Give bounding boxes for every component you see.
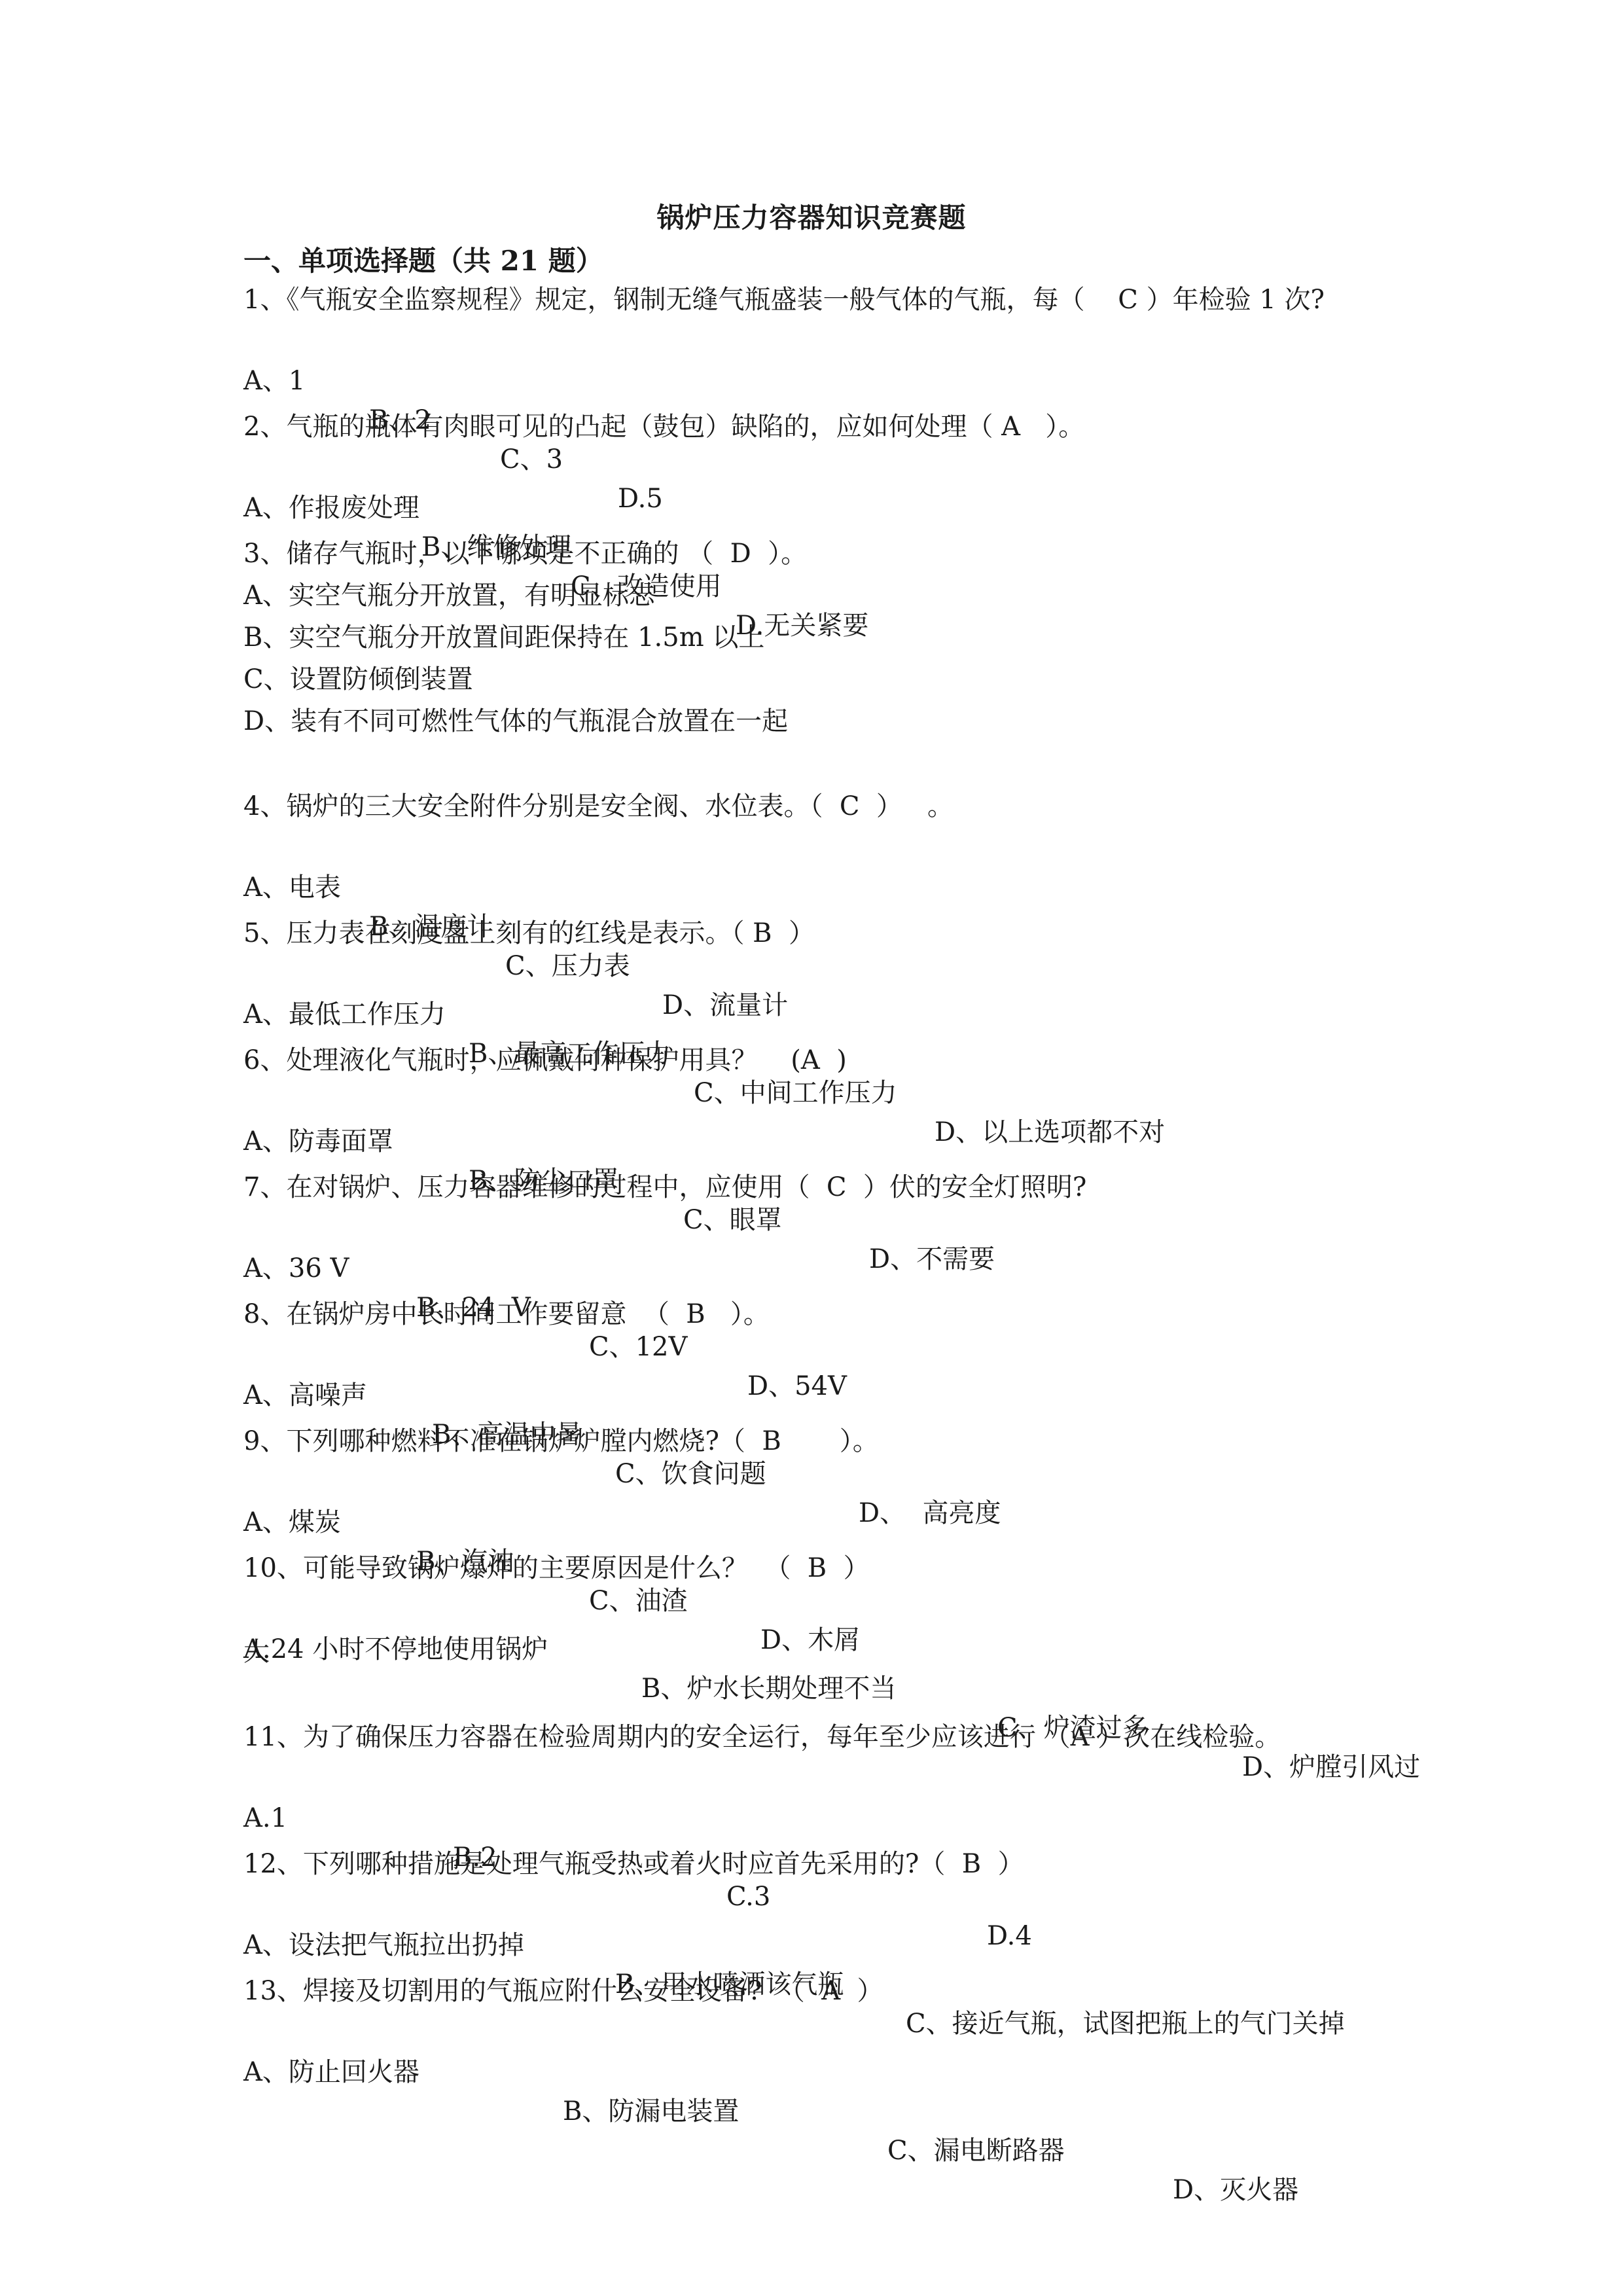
- option-a: A、防止回火器: [243, 2053, 419, 2092]
- option-d: D、灭火器: [1173, 2170, 1298, 2210]
- option-c: C、漏电断路器: [887, 2131, 1065, 2170]
- option-a: A、防毒面罩: [243, 1122, 393, 1161]
- question-3: 3、储存气瓶时，以下哪项是不正确的 （ D ）。: [243, 534, 807, 573]
- option-a: A、煤炭: [243, 1503, 341, 1542]
- question-10: 10、可能导致锅炉爆炸的主要原因是什么？ （ B ）: [243, 1549, 870, 1588]
- question-6: 6、处理液化气瓶时，应佩戴何种保护用具？ (A ): [243, 1041, 847, 1080]
- option-a: A、1: [243, 361, 305, 401]
- question-11: 11、为了确保压力容器在检验周期内的安全运行，每年至少应该进行 （A ）次在线检…: [243, 1717, 1281, 1757]
- option-d: D.5: [618, 479, 663, 518]
- question-2: 2、气瓶的瓶体有肉眼可见的凸起（鼓包）缺陷的，应如何处理（ A ）。: [243, 407, 1084, 446]
- option-a: A.24 小时不停地使用锅炉: [243, 1630, 548, 1669]
- option-b: B、防漏电装置: [563, 2092, 739, 2131]
- option-a: A、最低工作压力: [243, 995, 446, 1034]
- option-d: D.4: [987, 1916, 1032, 1956]
- option-d: D、 高亮度: [859, 1494, 1001, 1533]
- question-13: 13、焊接及切割用的气瓶应附什么安全设备? （ A ）: [243, 1971, 883, 2011]
- question-4: 4、锅炉的三大安全附件分别是安全阀、水位表。（ C ） 。: [243, 787, 954, 826]
- question-3-option-c: C、设置防倾倒装置: [243, 660, 473, 699]
- document-page: 锅炉压力容器知识竞赛题 一、单项选择题（共 21 题） 1、《气瓶安全监察规程》…: [0, 0, 1623, 2296]
- option-a: A.1: [243, 1799, 287, 1838]
- option-a: A、高噪声: [243, 1376, 367, 1415]
- option-a: A、设法把气瓶拉出扔掉: [243, 1926, 524, 1965]
- question-1: 1、《气瓶安全监察规程》规定，钢制无缝气瓶盛装一般气体的气瓶，每（ C ）年检验…: [243, 280, 1325, 319]
- question-3-option-a: A、实空气瓶分开放置，有明显标志: [243, 576, 655, 615]
- option-b: B、炉水长期处理不当: [641, 1669, 896, 1708]
- question-3-option-d: D、装有不同可燃性气体的气瓶混合放置在一起: [243, 702, 788, 741]
- question-5: 5、压力表在刻度盘上刻有的红线是表示。（ B ）: [243, 914, 815, 953]
- option-a: A、作报废处理: [243, 488, 419, 528]
- question-9: 9、下列哪种燃料不准在锅炉炉膛内燃烧?（ B ）。: [243, 1422, 879, 1461]
- option-d: D、流量计: [662, 986, 788, 1025]
- option-a: A、36 V: [243, 1249, 349, 1288]
- option-a: A、电表: [243, 868, 341, 907]
- question-3-option-b: B、实空气瓶分开放置间距保持在 1.5m 以上: [243, 618, 764, 657]
- option-c: C、接近气瓶，试图把瓶上的气门关掉: [906, 2004, 1345, 2043]
- question-10-option-d-continuation: 大: [243, 1632, 270, 1672]
- option-d: D、木屑: [760, 1621, 860, 1660]
- section-heading: 一、单项选择题（共 21 题）: [243, 240, 603, 279]
- question-13-options: A、防止回火器 B、防漏电装置 C、漏电断路器 D、灭火器: [243, 2013, 277, 2249]
- document-title: 锅炉压力容器知识竞赛题: [0, 196, 1623, 236]
- option-d: D、不需要: [869, 1240, 995, 1279]
- question-12: 12、下列哪种措施是处理气瓶受热或着火时应首先采用的?（ B ）: [243, 1844, 1024, 1884]
- option-d: D、54V: [747, 1367, 847, 1406]
- question-7: 7、在对锅炉、压力容器维修的过程中，应使用（ C ）伏的安全灯照明?: [243, 1168, 1086, 1207]
- question-8: 8、在锅炉房中长时间工作要留意 （ B ）。: [243, 1295, 770, 1334]
- option-d: D、以上选项都不对: [935, 1113, 1165, 1152]
